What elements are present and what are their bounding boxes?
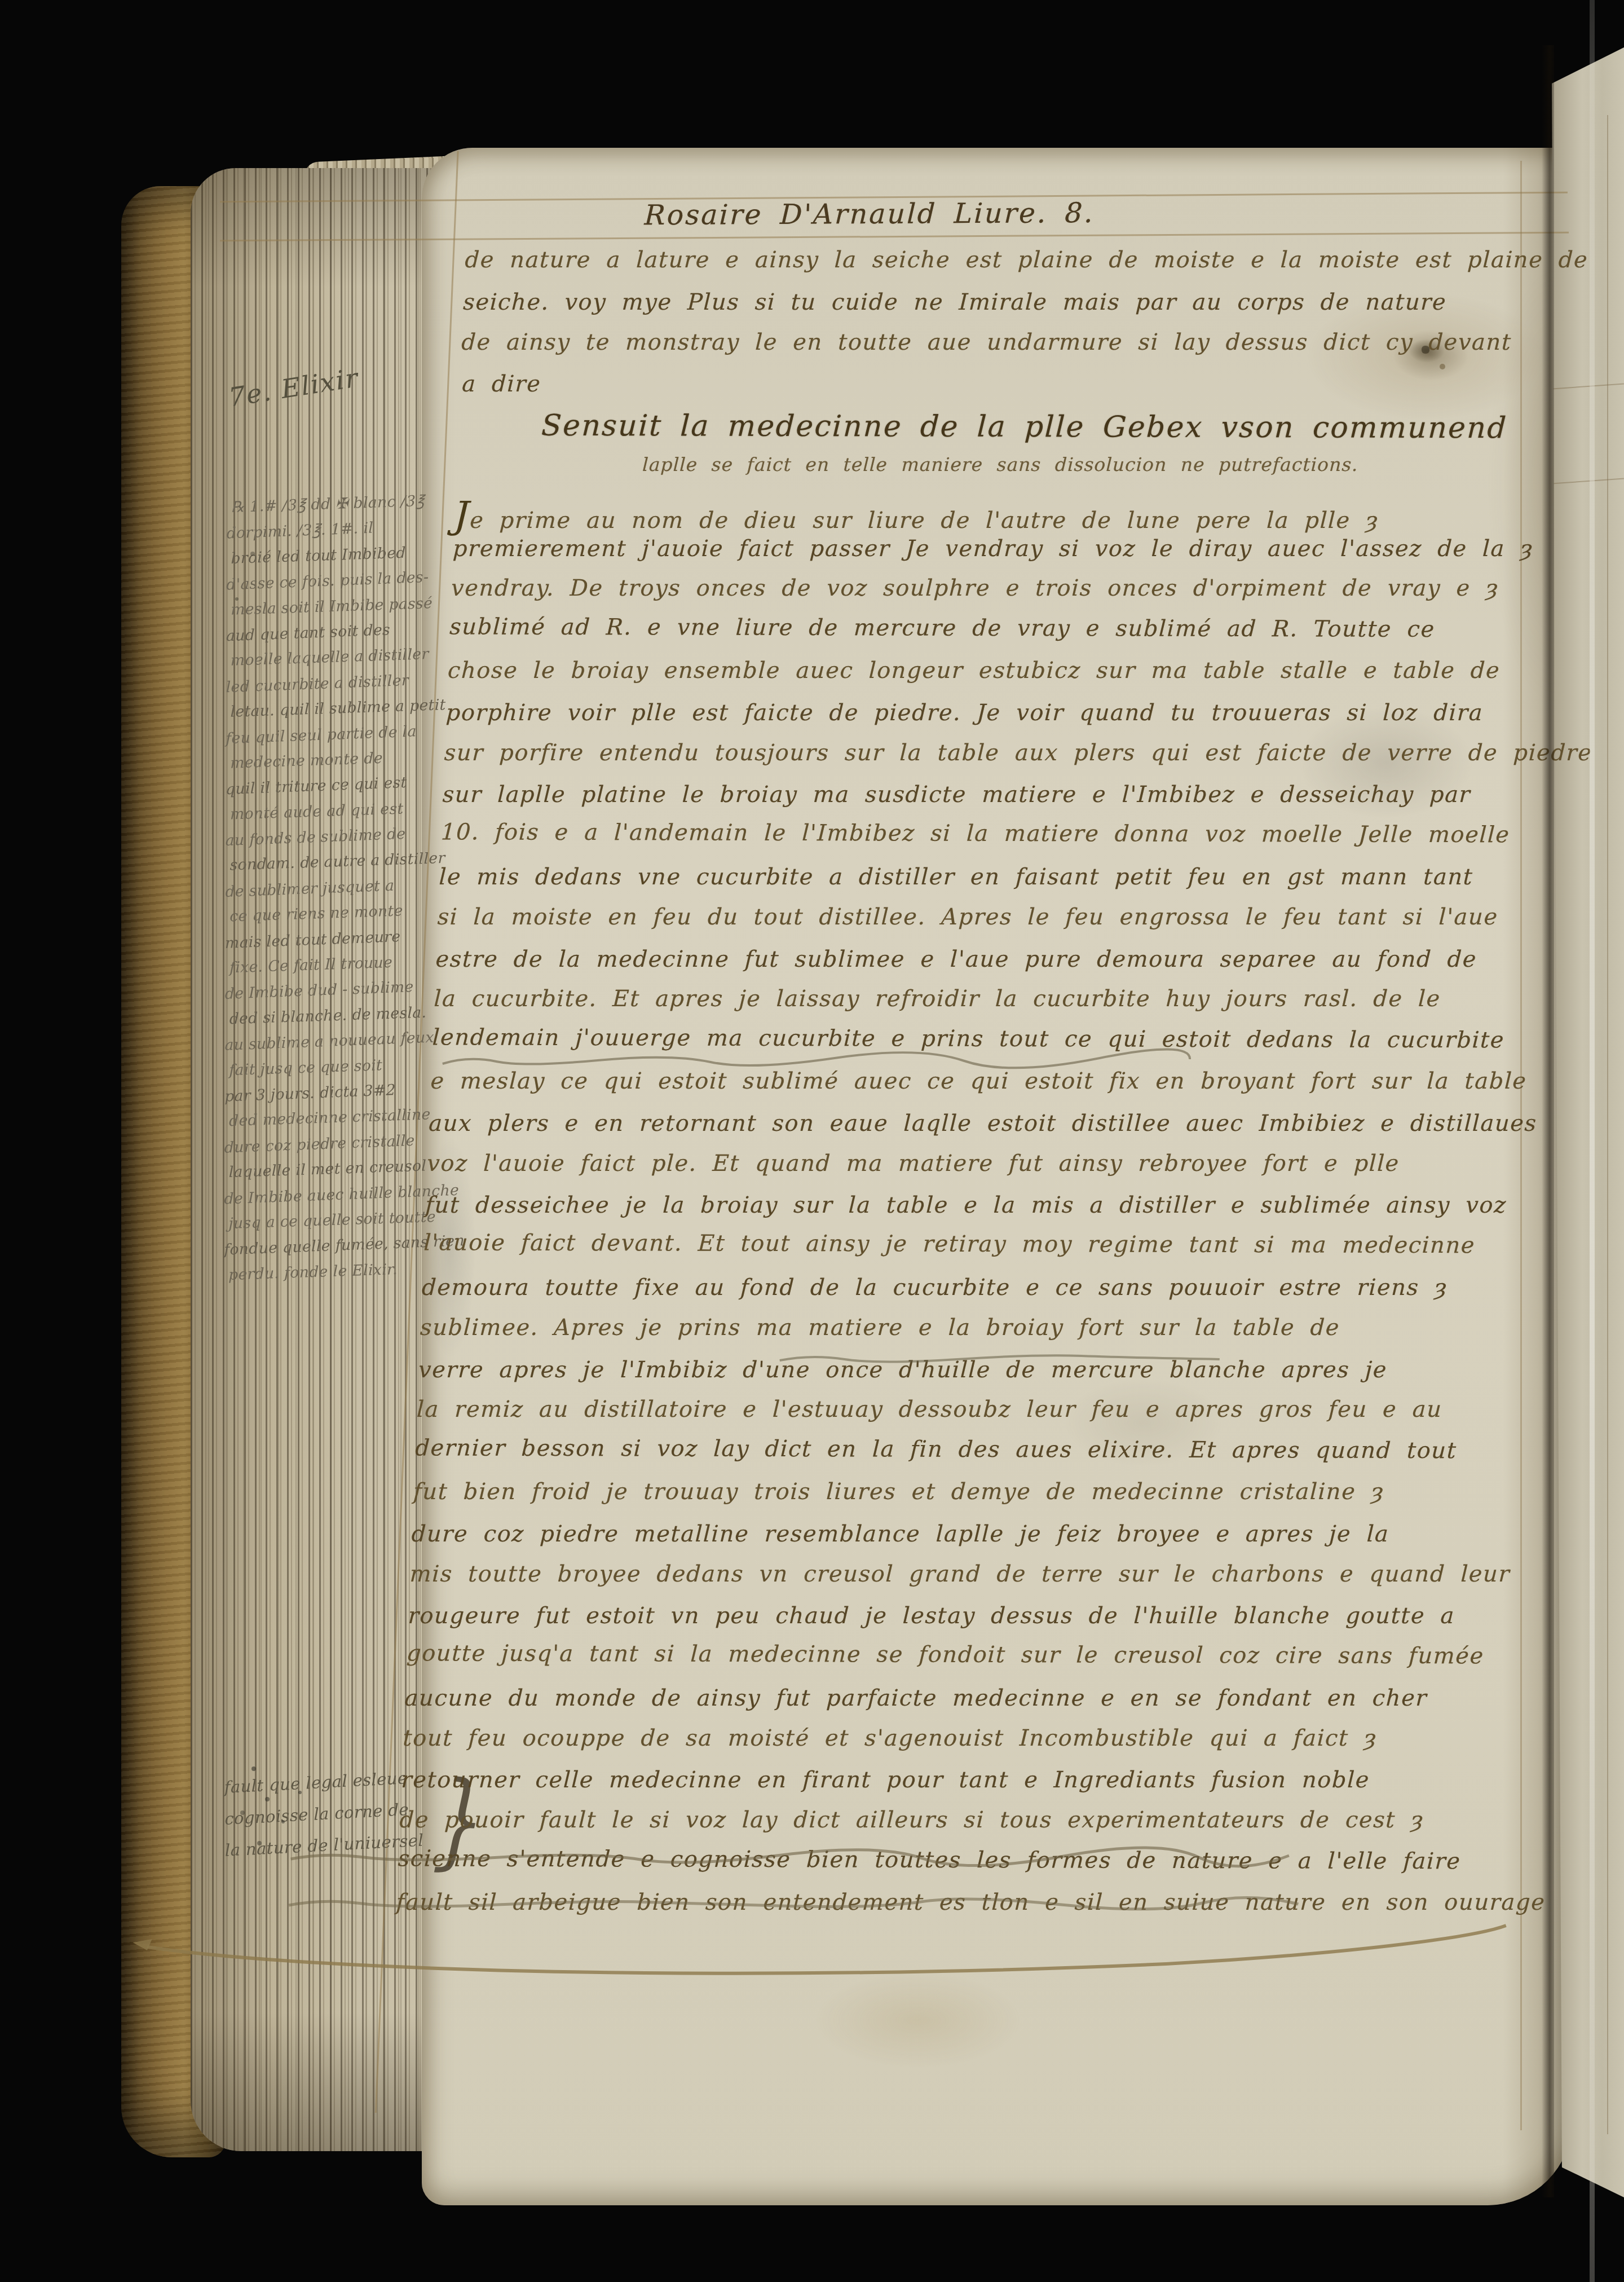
- manuscript-text-line: tout feu ocouppe de sa moisté et s'ageno…: [402, 1725, 1517, 1766]
- running-title: Rosaire D'Arnauld Liure. 8.: [644, 196, 1322, 231]
- manuscript-text-line: aux plers e en retornant son eaue laqlle…: [427, 1111, 1543, 1152]
- manuscript-text-line: si la moiste en feu du tout distillee. A…: [436, 904, 1552, 945]
- manuscript-text-line: scienne s'entende e cognoisse bien toutt…: [397, 1845, 1512, 1889]
- end-flourish-line: [146, 1926, 1506, 1973]
- manuscript-text-line: Sensuit la medecinne de la plle Gebex vs…: [457, 409, 1572, 453]
- manuscript-text-line: dernier besson si voz lay dict en la fin…: [414, 1435, 1529, 1479]
- manuscript-text-line: fut desseichee je la broiay sur la table…: [424, 1192, 1539, 1233]
- manuscript-text-line: dure coz piedre metalline resemblance la…: [411, 1521, 1526, 1562]
- flourish-hook: [133, 1939, 152, 1950]
- manuscript-text-line: e meslay ce qui estoit sublimé auec ce q…: [429, 1068, 1544, 1109]
- manuscript-text-line: lendemain j'ouuerge ma cucurbite e prins…: [431, 1025, 1547, 1069]
- margin-note-elixir: 7e. Elixir: [227, 362, 360, 413]
- manuscript-text-line: laplle se faict en telle maniere sans di…: [455, 453, 1570, 495]
- manuscript-text-line: aucune du monde de ainsy fut parfaicte m…: [404, 1685, 1519, 1726]
- glass-edge-highlight: [1590, 0, 1595, 2282]
- manuscript-text-line: de nature a lature e ainsy la seiche est…: [464, 247, 1579, 288]
- manuscript-text-line: rougeure fut estoit vn peu chaud je lest…: [407, 1603, 1522, 1644]
- manuscript-text-line: fault sil arbeigue bien son entendement …: [395, 1889, 1510, 1931]
- manuscript-text-line: fut bien froid je trouuay trois liures e…: [412, 1479, 1528, 1520]
- manuscript-text-line: l'auoie faict devant. Et tout ainsy je r…: [422, 1230, 1538, 1274]
- manuscript-text-line: mis toutte broyee dedans vn creusol gran…: [409, 1561, 1524, 1602]
- gutter-shadow: [1542, 45, 1554, 2197]
- manuscript-text-line: chose le broiay ensemble auec longeur es…: [447, 658, 1562, 699]
- manuscript-text-line: la remiz au distillatoire e l'estuuay de…: [416, 1396, 1531, 1438]
- manuscript-text-line: a dire: [458, 371, 1574, 412]
- ink-speckles: [0, 0, 2, 2]
- manuscript-text-line: sublimee. Apres je prins ma matiere e la…: [419, 1315, 1534, 1356]
- manuscript-text-line: le mis dedans vne cucurbite a distiller …: [438, 864, 1554, 905]
- manuscript-text-line: sublimé ad R. e vne liure de mercure de …: [448, 614, 1564, 658]
- manuscript-text-line: estre de la medecinne fut sublimee e l'a…: [434, 946, 1550, 988]
- manuscript-text-line: retourner celle medecinne en firant pour…: [400, 1767, 1515, 1808]
- manuscript-text-line: de ainsy te monstray le en toutte aue un…: [460, 329, 1576, 371]
- manuscript-text-line: porphire voir plle est faicte de piedre.…: [445, 700, 1560, 741]
- manuscript-text-line: sur porfire entendu tousjours sur la tab…: [443, 740, 1559, 781]
- manuscript-photo: Rosaire D'Arnauld Liure. 8. 7e. Elixir ℞…: [0, 0, 1624, 2282]
- manuscript-text-line: 10. fois e a l'andemain le l'Imbibez si …: [440, 820, 1555, 864]
- manuscript-text-line: demoura toutte fixe au fond de la cucurb…: [421, 1275, 1536, 1316]
- manuscript-text-line: de pouoir fault le si voz lay dict aille…: [398, 1807, 1513, 1848]
- manuscript-text-line: Je prime au nom de dieu sur liure de l'a…: [453, 494, 1569, 535]
- manuscript-text-line: voz l'auoie faict ple. Et quand ma matie…: [426, 1151, 1541, 1192]
- page-content: Rosaire D'Arnauld Liure. 8. 7e. Elixir ℞…: [0, 0, 1624, 2282]
- main-text-block: de nature a lature e ainsy la seiche est…: [395, 247, 1579, 1931]
- manuscript-text-line: la cucurbite. Et apres je laissay refroi…: [433, 986, 1548, 1027]
- manuscript-text-line: verre apres je l'Imbibiz d'une once d'hu…: [417, 1357, 1533, 1398]
- manuscript-text-line: vendray. De troys onces de voz soulphre …: [450, 575, 1565, 616]
- manuscript-text-line: goutte jusq'a tant si la medecinne se fo…: [405, 1641, 1521, 1685]
- manuscript-text-line: premierement j'auoie faict passer Je ven…: [452, 536, 1567, 577]
- manuscript-text-line: sur laplle platine le broiay ma susdicte…: [442, 782, 1557, 823]
- manuscript-text-line: seiche. voy mye Plus si tu cuide ne Imir…: [462, 289, 1577, 331]
